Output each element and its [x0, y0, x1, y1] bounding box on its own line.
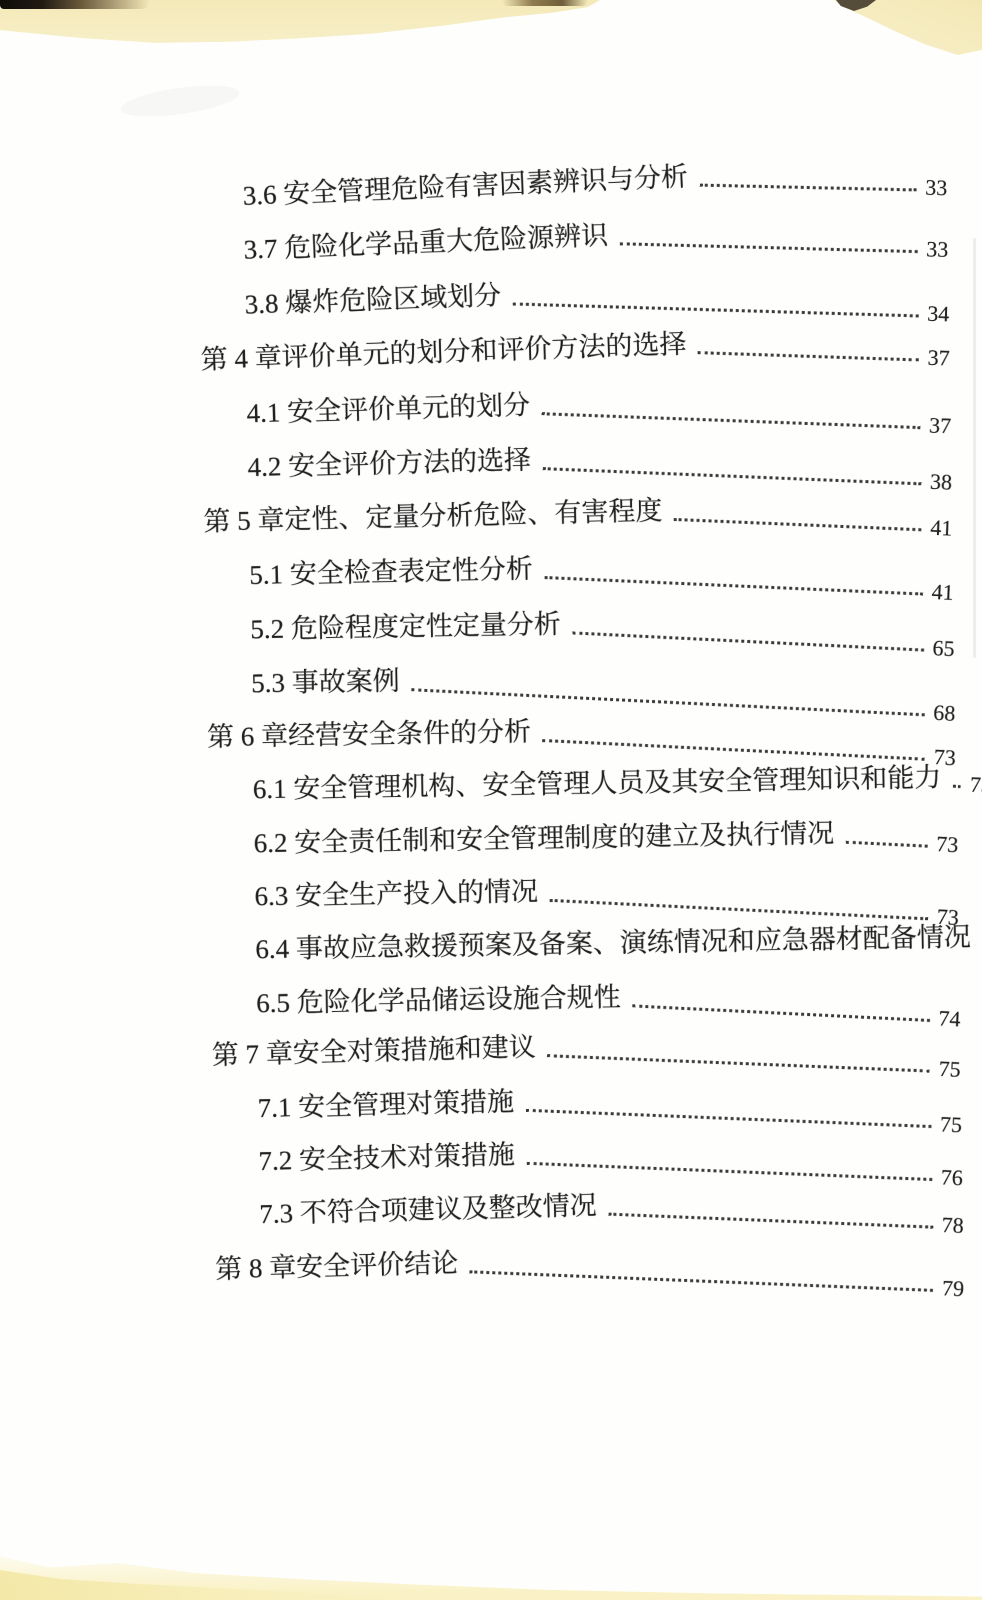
scan-edge-top-right-patch: [782, 0, 982, 64]
toc-entry-label: 5.3 事故案例: [251, 668, 400, 708]
dotted-leader: [845, 841, 927, 848]
dotted-leader: [952, 785, 960, 788]
toc-page-number: 79: [941, 1277, 964, 1307]
table-of-contents: 3.6 安全管理危险有害因素辨识与分析 33 3.7 危险化学品重大危险源辨识 …: [0, 162, 982, 1298]
dotted-leader: [698, 352, 919, 362]
scan-smudge: [119, 80, 241, 122]
scan-stain-top-middle: [502, 0, 588, 6]
toc-entry-label: 4.1 安全评价单元的划分: [246, 392, 530, 437]
dotted-leader: [699, 184, 916, 192]
toc-leader-wrap: 79: [459, 1258, 965, 1307]
dotted-leader: [674, 519, 922, 532]
scan-stain-top-left: [0, 0, 150, 9]
toc-entry-label: 第 6 章经营安全条件的分析: [207, 719, 532, 762]
toc-leader-wrap: 73: [942, 773, 958, 803]
dotted-leader: [469, 1270, 933, 1292]
toc-entry-label: 6.3 安全生产投入的情况: [254, 879, 538, 921]
toc-entry-label: 第 8 章安全评价结论: [215, 1250, 459, 1293]
toc-entry-label: 5.1 安全检查表定性分析: [249, 556, 533, 599]
toc-entry-label: 5.2 危险程度定性定量分析: [250, 611, 561, 653]
toc-page-number: 73: [969, 774, 982, 804]
scanned-page: 3.6 安全管理危险有害因素辨识与分析 33 3.7 危险化学品重大危险源辨识 …: [0, 0, 982, 1600]
